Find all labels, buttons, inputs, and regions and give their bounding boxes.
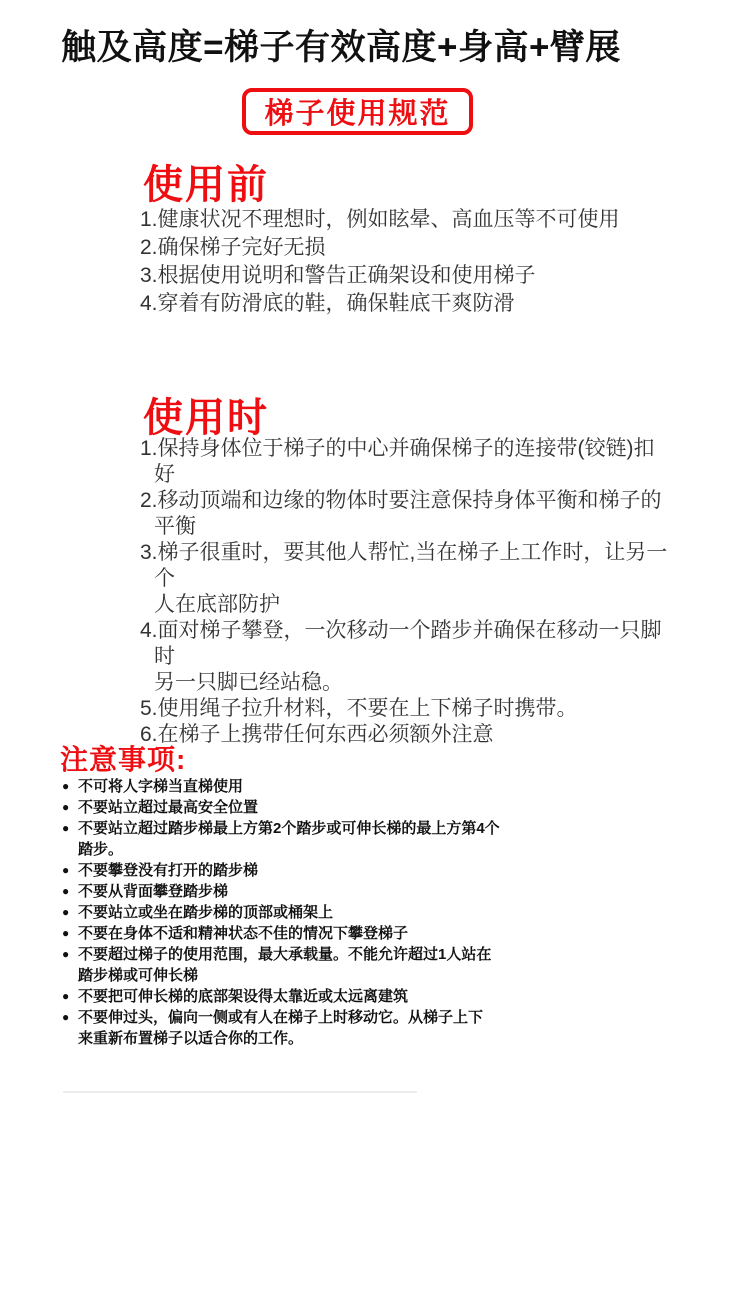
precaution-text: 不要超过梯子的使用范围，最大承载量。不能允许超过1人站在 踏步梯或可伸长梯: [78, 944, 491, 986]
list-item: ● 不要站立或坐在踏步梯的顶部或桶架上: [62, 902, 632, 923]
list-item: 2.移动顶端和边缘的物体时要注意保持身体平衡和梯子的平衡: [140, 488, 675, 540]
bullet-icon: ●: [62, 986, 78, 1007]
precaution-text: 不要从背面攀登踏步梯: [78, 881, 228, 902]
list-item: 2.确保梯子完好无损: [140, 234, 670, 262]
bottom-divider: [63, 1091, 417, 1093]
precaution-text: 不要在身体不适和精神状态不佳的情况下攀登梯子: [78, 923, 408, 944]
list-item: ● 不要从背面攀登踏步梯: [62, 881, 632, 902]
during-use-heading: 使用时: [143, 386, 269, 443]
precaution-text: 不要站立或坐在踏步梯的顶部或桶架上: [78, 902, 333, 923]
list-item: ● 不要站立超过踏步梯最上方第2个踏步或可伸长梯的最上方第4个 踏步。: [62, 818, 632, 860]
list-item: ● 不要把可伸长梯的底部架设得太靠近或太远离建筑: [62, 986, 632, 1007]
list-item: ● 不要在身体不适和精神状态不佳的情况下攀登梯子: [62, 923, 632, 944]
list-item: ● 不要攀登没有打开的踏步梯: [62, 860, 632, 881]
list-item: 3.根据使用说明和警告正确架设和使用梯子: [140, 262, 670, 290]
precaution-text: 不要站立超过踏步梯最上方第2个踏步或可伸长梯的最上方第4个 踏步。: [78, 818, 500, 860]
precaution-text: 不要把可伸长梯的底部架设得太靠近或太远离建筑: [78, 986, 408, 1007]
during-use-list: 1.保持身体位于梯子的中心并确保梯子的连接带(铰链)扣好 2.移动顶端和边缘的物…: [140, 436, 675, 748]
bullet-icon: ●: [62, 797, 78, 818]
precautions-heading: 注意事项:: [60, 738, 186, 778]
bullet-icon: ●: [62, 776, 78, 797]
bullet-icon: ●: [62, 923, 78, 944]
precaution-text: 不要站立超过最高安全位置: [78, 797, 258, 818]
ladder-usage-badge-label: 梯子使用规范: [264, 91, 450, 132]
precaution-text: 不要攀登没有打开的踏步梯: [78, 860, 258, 881]
page-title: 触及高度=梯子有效高度+身高+臂展: [0, 20, 682, 70]
precautions-list: ● 不可将人字梯当直梯使用 ● 不要站立超过最高安全位置 ● 不要站立超过踏步梯…: [62, 776, 632, 1049]
bullet-icon: ●: [62, 860, 78, 881]
precaution-text: 不可将人字梯当直梯使用: [78, 776, 243, 797]
bullet-icon: ●: [62, 881, 78, 902]
bullet-icon: ●: [62, 818, 78, 839]
list-item: 5.使用绳子拉升材料，不要在上下梯子时携带。: [140, 696, 675, 722]
bullet-icon: ●: [62, 902, 78, 923]
precaution-text: 不要伸过头，偏向一侧或有人在梯子上时移动它。从梯子上下 来重新布置梯子以适合你的…: [78, 1007, 483, 1049]
list-item: ● 不要超过梯子的使用范围，最大承载量。不能允许超过1人站在 踏步梯或可伸长梯: [62, 944, 632, 986]
list-item: ● 不要站立超过最高安全位置: [62, 797, 632, 818]
before-use-list: 1.健康状况不理想时，例如眩晕、高血压等不可使用 2.确保梯子完好无损 3.根据…: [140, 206, 670, 318]
list-item: 1.健康状况不理想时，例如眩晕、高血压等不可使用: [140, 206, 670, 234]
list-item: ● 不要伸过头，偏向一侧或有人在梯子上时移动它。从梯子上下 来重新布置梯子以适合…: [62, 1007, 632, 1049]
ladder-usage-badge: 梯子使用规范: [242, 88, 473, 135]
product-description-page: 触及高度=梯子有效高度+身高+臂展 梯子使用规范 使用前 1.健康状况不理想时，…: [0, 0, 750, 1300]
list-item: ● 不可将人字梯当直梯使用: [62, 776, 632, 797]
list-item: 6.在梯子上携带任何东西必须额外注意: [140, 722, 675, 748]
bullet-icon: ●: [62, 944, 78, 965]
list-item: 4.穿着有防滑底的鞋，确保鞋底干爽防滑: [140, 290, 670, 318]
list-item: 4.面对梯子攀登，一次移动一个踏步并确保在移动一只脚时 另一只脚已经站稳。: [140, 618, 675, 696]
list-item: 3.梯子很重时，要其他人帮忙,当在梯子上工作时，让另一个 人在底部防护: [140, 540, 675, 618]
before-use-heading: 使用前: [143, 153, 269, 210]
bullet-icon: ●: [62, 1007, 78, 1028]
list-item: 1.保持身体位于梯子的中心并确保梯子的连接带(铰链)扣好: [140, 436, 675, 488]
